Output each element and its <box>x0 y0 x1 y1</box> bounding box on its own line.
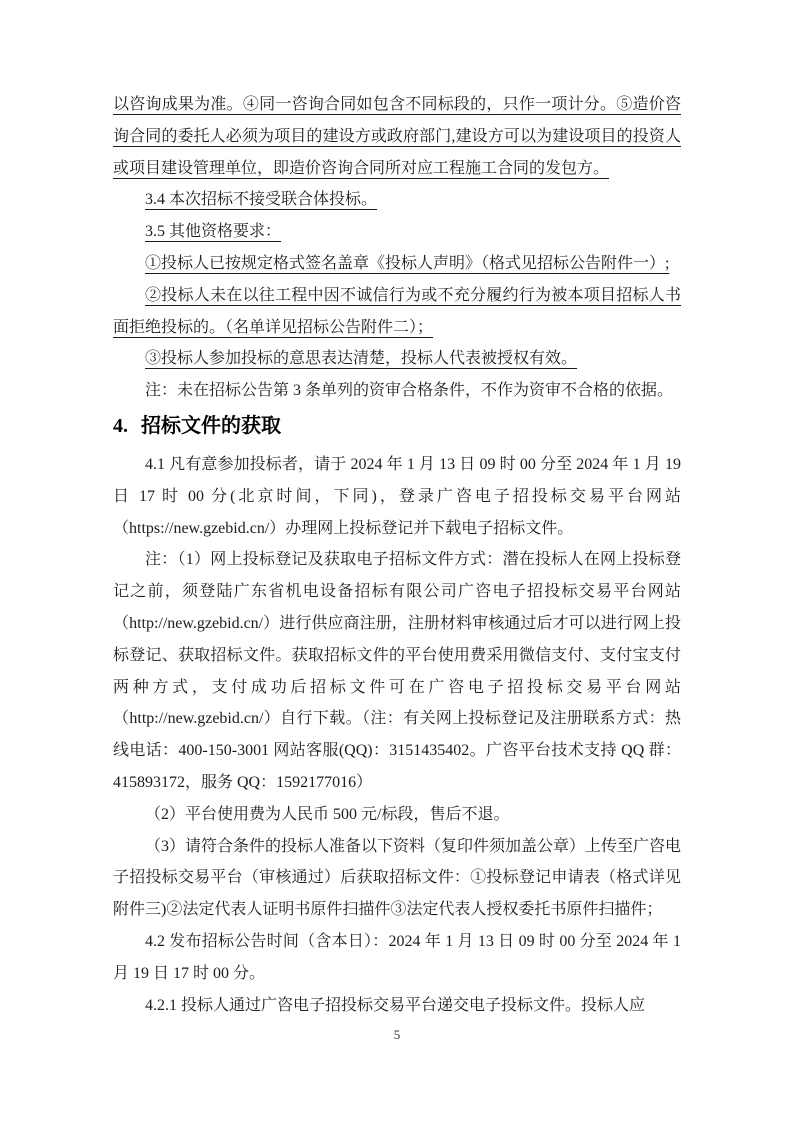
qualification-item-2: ②投标人未在以往工程中因不诚信行为或不充分履约行为被本项目招标人书面拒绝投标的。… <box>113 280 681 344</box>
clause-3-4: 3.4 本次招标不接受联合体投标。 <box>113 184 681 216</box>
page-footer: 5 <box>0 1026 794 1044</box>
section-4-heading: 4.招标文件的获取 <box>113 411 681 441</box>
clause-4-2-1: 4.2.1 投标人通过广咨电子招投标交易平台递交电子投标文件。投标人应 <box>113 990 681 1022</box>
qualification-item-1: ①投标人已按规定格式签名盖章《投标人声明》（格式见招标公告附件一）; <box>113 248 681 280</box>
section-4-heading-number: 4. <box>113 415 128 437</box>
paragraph-continuation: 以咨询成果为准。④同一咨询合同如包含不同标段的，只作一项计分。⑤造价咨询合同的委… <box>113 89 681 184</box>
section-3-note: 注：未在招标公告第 3 条单列的资审合格条件，不作为资审不合格的依据。 <box>113 375 681 407</box>
page-number: 5 <box>394 1027 401 1042</box>
qualification-item-3: ③投标人参加投标的意思表达清楚，投标人代表被授权有效。 <box>113 343 681 375</box>
section-4-note-1: 注：（1）网上投标登记及获取电子招标文件方式：潜在投标人在网上投标登记之前，须登… <box>113 544 681 798</box>
clause-3-5: 3.5 其他资格要求： <box>113 216 681 248</box>
document-body: 以咨询成果为准。④同一咨询合同如包含不同标段的，只作一项计分。⑤造价咨询合同的委… <box>113 89 681 1021</box>
section-4-note-2: （2）平台使用费为人民币 500 元/标段，售后不退。 <box>113 799 681 831</box>
section-4-note-3: （3）请符合条件的投标人准备以下资料（复印件须加盖公章）上传至广咨电子招投标交易… <box>113 831 681 926</box>
section-4-heading-title: 招标文件的获取 <box>141 415 281 437</box>
clause-4-1: 4.1 凡有意参加投标者，请于 2024 年 1 月 13 日 09 时 00 … <box>113 449 681 544</box>
clause-4-2: 4.2 发布招标公告时间（含本日）：2024 年 1 月 13 日 09 时 0… <box>113 926 681 990</box>
document-page: 以咨询成果为准。④同一咨询合同如包含不同标段的，只作一项计分。⑤造价咨询合同的委… <box>0 0 794 1123</box>
